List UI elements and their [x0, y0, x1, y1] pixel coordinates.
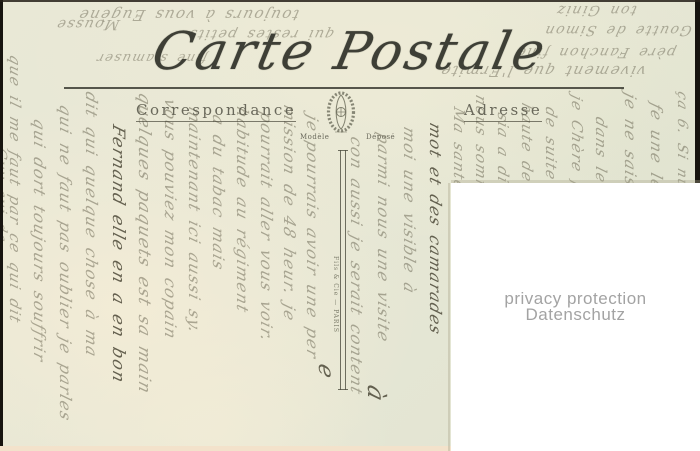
card-edge-right: [695, 0, 700, 184]
postcard-title: Carte Postale: [34, 22, 667, 82]
emblem-caption-depose: Déposé: [366, 133, 395, 141]
handwriting-line: qui dort toujours souffrir: [30, 117, 49, 365]
publisher-imprint: Fils & Cie — PARIS: [332, 256, 339, 333]
postcard-scan-page: je pourrais avoir une permission de 48 h…: [0, 0, 700, 451]
handwriting-line: sia a dit que: [494, 111, 512, 234]
address-divider-line: [340, 150, 346, 390]
handwriting-line: habitude au régiment: [233, 105, 252, 316]
handwriting-line: vous pouviez mon copain: [161, 97, 180, 343]
emblem-caption-modele: Modèle: [300, 133, 329, 141]
card-edge-bottom: [0, 446, 452, 451]
card-edge-left: [0, 0, 3, 451]
handwriting-line: de suite mais: [542, 105, 560, 233]
handwriting-line: ton Giniz: [554, 2, 639, 18]
handwriting-line: con aussi je serait content: [347, 135, 366, 398]
handwriting-line: je Chère famille: [568, 93, 586, 244]
handwriting-line: je ne sais pas: [621, 91, 640, 231]
postcard: je pourrais avoir une permission de 48 h…: [0, 0, 700, 451]
handwriting-line: qui ne faut pas oublier je parles: [56, 103, 75, 424]
handwriting-line: Fernand elle en a en bon: [108, 122, 128, 386]
handwriting-line: quelques paquets est sa main: [134, 90, 154, 396]
correspondence-label: Correspondance: [136, 101, 296, 122]
card-edge-top: [0, 0, 700, 2]
handwriting-line: moi une visible à: [400, 125, 419, 297]
address-label: Adresse: [464, 101, 542, 122]
handwriting-line: haute de vous dire: [518, 101, 536, 278]
card-cut-edge-vertical: [448, 183, 450, 451]
handwriting-line: ça 6. Si nu fedir: [674, 89, 690, 239]
handwriting-line: je pourrais avoir une per: [303, 113, 322, 362]
handwriting-line: mot et des camarades: [426, 121, 445, 338]
privacy-watermark-line2: Datenschutz: [451, 307, 700, 323]
handwriting-line: fe une lettre: [647, 101, 666, 228]
laurel-wreath-icon: [318, 88, 364, 136]
handwriting-line: dit qui quelque chose à ma: [82, 90, 101, 361]
handwriting-line: a du tabac mais: [209, 113, 228, 274]
card-cut-edge-horizontal: [451, 180, 700, 183]
handwriting-line: mission de 48 heur. je: [280, 103, 299, 325]
handwriting-line: Ma santé va bien: [450, 105, 468, 269]
handwriting-line: à: [362, 382, 390, 406]
handwriting-line: e: [313, 361, 338, 382]
handwriting-line: pourrait aller vous voir.: [257, 110, 276, 345]
handwriting-line: maintenant ici aussi sy.: [185, 105, 204, 337]
handwriting-line: parmi nous une visite: [374, 131, 393, 346]
privacy-watermark: privacy protection Datenschutz: [451, 291, 700, 323]
handwriting-line: dans le monde: [592, 115, 610, 252]
